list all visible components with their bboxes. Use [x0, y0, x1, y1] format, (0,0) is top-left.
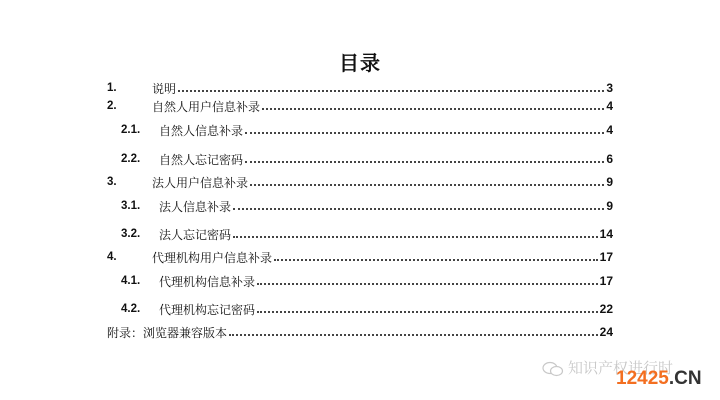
- toc-entry[interactable]: 4.1. 代理机构信息补录 17: [121, 273, 613, 289]
- toc-number: 4.1.: [121, 275, 159, 287]
- dot-leader: [250, 174, 604, 186]
- toc-entry[interactable]: 2.2. 自然人忘记密码 6: [121, 151, 613, 167]
- toc-number: 3.1.: [121, 200, 159, 212]
- toc-label: 说明: [152, 80, 176, 97]
- toc-label: 法人信息补录: [159, 198, 231, 215]
- dot-leader: [274, 249, 598, 261]
- toc-number: 1.: [107, 82, 152, 94]
- toc-number: 2.1.: [121, 124, 159, 136]
- toc-entry[interactable]: 2.1. 自然人信息补录 4: [121, 122, 613, 138]
- toc-label: 自然人忘记密码: [159, 151, 243, 168]
- toc-page: 4: [606, 99, 613, 113]
- toc-label: 代理机构忘记密码: [159, 301, 255, 318]
- toc-label: 法人忘记密码: [159, 226, 231, 243]
- toc-number: 3.2.: [121, 228, 159, 240]
- toc-label: 代理机构信息补录: [159, 273, 255, 290]
- toc-page: 14: [600, 227, 613, 241]
- toc-entry[interactable]: 3.2. 法人忘记密码 14: [121, 226, 613, 242]
- toc-label: 附录：浏览器兼容版本: [107, 324, 227, 341]
- toc-page: 24: [600, 325, 613, 339]
- dot-leader: [262, 98, 604, 110]
- toc-label: 法人用户信息补录: [152, 174, 248, 191]
- toc-number: 2.2.: [121, 153, 159, 165]
- dot-leader: [257, 301, 598, 313]
- brand-number: 12425: [616, 368, 669, 389]
- dot-leader: [245, 151, 604, 163]
- toc-entry-appendix[interactable]: 附录：浏览器兼容版本 24: [107, 324, 613, 340]
- toc-entry[interactable]: 4. 代理机构用户信息补录 17: [107, 249, 613, 265]
- brand-logo: 12425.CN: [616, 368, 702, 390]
- dot-leader: [245, 122, 604, 134]
- toc-entry[interactable]: 2. 自然人用户信息补录 4: [107, 98, 613, 114]
- toc-page: 17: [600, 274, 613, 288]
- toc-entry[interactable]: 1. 说明 3: [107, 80, 613, 96]
- toc-label: 代理机构用户信息补录: [152, 249, 272, 266]
- toc-page: 4: [606, 123, 613, 137]
- toc-label: 自然人信息补录: [159, 122, 243, 139]
- wechat-icon: [542, 361, 564, 377]
- toc-entry[interactable]: 3. 法人用户信息补录 9: [107, 174, 613, 190]
- toc-number: 4.: [107, 251, 152, 263]
- dot-leader: [233, 198, 604, 210]
- toc-page: 9: [606, 175, 613, 189]
- toc-page: 22: [600, 302, 613, 316]
- page-title: 目录: [0, 47, 720, 76]
- toc-page: 6: [606, 152, 613, 166]
- dot-leader: [257, 273, 598, 285]
- toc-number: 4.2.: [121, 303, 159, 315]
- toc-number: 2.: [107, 100, 152, 112]
- dot-leader: [178, 80, 604, 92]
- toc-page: 17: [600, 250, 613, 264]
- toc-page: 9: [606, 199, 613, 213]
- toc-page: 3: [606, 81, 613, 95]
- brand-domain: .CN: [669, 368, 702, 389]
- toc-entry[interactable]: 3.1. 法人信息补录 9: [121, 198, 613, 214]
- dot-leader: [233, 226, 598, 238]
- toc-label: 自然人用户信息补录: [152, 98, 260, 115]
- dot-leader: [229, 324, 598, 336]
- toc-entry[interactable]: 4.2. 代理机构忘记密码 22: [121, 301, 613, 317]
- toc-number: 3.: [107, 176, 152, 188]
